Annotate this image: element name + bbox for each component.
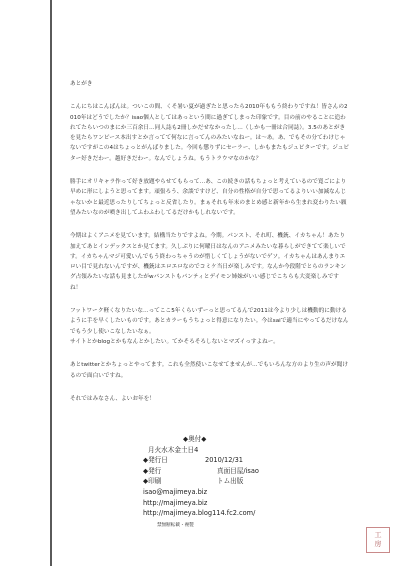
- paragraph-6: それではみなさん、よいお年を！: [70, 394, 350, 404]
- afterword-heading: あとがき: [70, 79, 350, 89]
- paragraph-5: あとtwitterとかちょっとやってます。これも全然使いこなせてませんが…でもい…: [70, 360, 350, 381]
- colophon-title: ◆奥付◆: [143, 434, 323, 445]
- printer-stamp-logo: 工 房: [366, 527, 390, 553]
- colophon-key: ◆発行日: [143, 455, 193, 466]
- colophon-row-date: ◆発行日 2010/12/31: [143, 455, 323, 466]
- contact-blog: http://majimeya.blog114.fc2.com/: [143, 508, 323, 519]
- contact-email: isao@majimeya.biz: [143, 487, 323, 498]
- stamp-glyph-bottom: 房: [375, 540, 382, 549]
- colophon-row-publisher: ◆発行 真面目屋/isao: [143, 466, 323, 477]
- afterword: あとがき こんにちはこんばんは。ついこの間、くそ暑い夏が過ぎたと思ったら2010…: [70, 79, 350, 417]
- contact-site: http://majimeya.biz: [143, 498, 323, 509]
- paragraph-3: 今期はよくアニメを見ています。結構当たりですよね。今期。パンスト、それ町、機銃、…: [70, 231, 350, 293]
- paragraph-4: フットワーク軽くなりたいな…ってここ5年くらいずーっと思ってるんで2011は今よ…: [70, 306, 350, 337]
- paragraph-4-site-line: サイトとかblogとかもなんとかしたい。てかそろそろしないとマズイっすよねー。: [70, 337, 350, 347]
- copyright-notice: 禁無断転載・複製: [143, 521, 323, 532]
- book-title: 月火水木金土日4: [143, 445, 323, 456]
- colophon-value: 2010/12/31: [193, 455, 243, 466]
- colophon-key: ◆発行: [143, 466, 193, 477]
- paragraph-1: こんにちはこんばんは。ついこの間、くそ暑い夏が過ぎたと思ったら2010年ももう終…: [70, 102, 350, 164]
- colophon: ◆奥付◆ 月火水木金土日4 ◆発行日 2010/12/31 ◆発行 真面目屋/i…: [143, 434, 323, 531]
- colophon-value: 真面目屋/isao: [193, 466, 259, 477]
- stamp-glyph-top: 工: [375, 531, 382, 540]
- colophon-key: ◆印刷: [143, 476, 193, 487]
- colophon-value: トム出版: [193, 476, 243, 487]
- colophon-row-printer: ◆印刷 トム出版: [143, 476, 323, 487]
- binding-line: [50, 0, 52, 566]
- paragraph-2: 勝手にオリキャラ作って好き放題やらせてもらって…あ、この続きの話もちょっと考えて…: [70, 177, 350, 218]
